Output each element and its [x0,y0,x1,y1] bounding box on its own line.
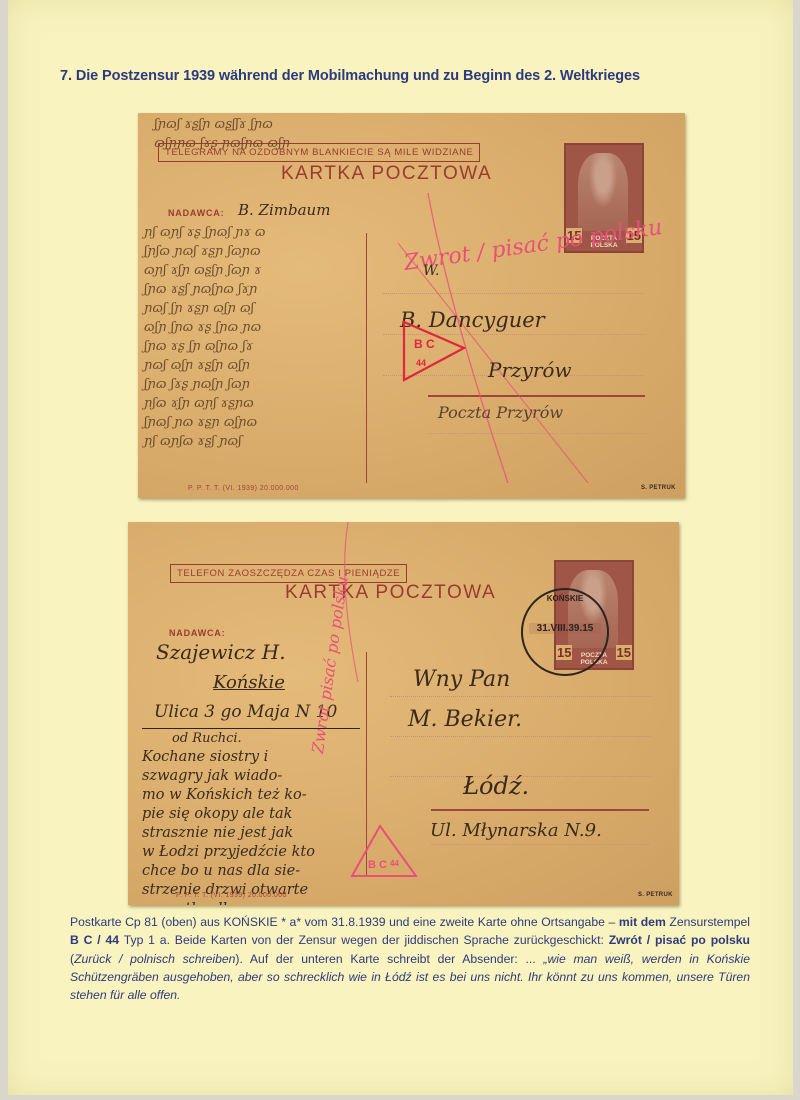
postmark-town: KOŃSKIE [523,594,607,603]
printer-mark: S. PETRUK [638,892,673,898]
caption: Postkarte Cp 81 (oben) aus KOŃSKIE * a* … [70,913,750,1004]
page-title: 7. Die Postzensur 1939 während der Mobil… [60,68,640,84]
censor-stamp-designation: B C / 44 [70,933,119,947]
recipient-line-3: Łódź. [463,772,529,800]
address-line [390,696,652,697]
yiddish-message: ɲʃ ɷɲʃ ɤʂ ʃɲɷʃ ɲɤ ɷ ʃɲʃɷ ɲɷʃ ɤʂɲ ʃɷɲɷ ɷɲ… [144,223,364,451]
album-page: 7. Die Postzensur 1939 während der Mobil… [8,0,793,1095]
letter-line: strasznie nie jest jak [142,824,372,843]
recipient-line-1: Wny Pan [413,667,510,692]
postcard-top: ʃɲɷʃ ɤʂʃɲ ɷʂʃʃɤ ʃɲɷ ɷʃɲɲɷ ʃɤʂ ɲɷʃɲɷ ɷʃɲ … [138,113,685,498]
letter-line: Kochane siostry i [142,748,372,767]
print-run: P. P. T. T. (VI. 1939) 20.000.000 [176,892,287,899]
svg-text:44: 44 [390,859,399,868]
letter-line: szwagry jak wiado- [142,767,372,786]
caption-bold: mit dem [619,915,666,929]
recipient-line-2: M. Bekier. [408,707,522,732]
letter-line: od Ruchci. [172,730,402,748]
caption-text: ). Auf der unteren Karte schreibt der Ab… [235,952,543,966]
letter-body: od Ruchci. Kochane siostry i szwagry jak… [142,730,372,905]
censor-strike-line [278,522,398,682]
slogan-box: TELEGRAMY NA OZDOBNYM BLANKIECIE SĄ MILE… [158,143,480,162]
recipient-line-4: Ul. Młynarska N.9. [430,820,602,841]
caption-text: Zensurstempel [669,915,750,929]
address-line [390,736,652,737]
address-underline [431,809,649,811]
recipient-line-1: W. [423,263,439,279]
censor-triangle-stamp: B C 44 [400,316,470,386]
recipient-line-3: Przyrów [488,358,572,382]
letter-line: pie się okopy ale tak [142,805,372,824]
sender-label: NADAWCA: [168,208,224,218]
censor-note-text: Zwrót / pisać po polsku [609,933,750,947]
postmark-date: 31.VIII.39.15 [529,623,601,634]
recipient-line-4: Poczta Przyrów [438,403,563,422]
caption-text: Typ 1 a. Beide Karten von der Zensur weg… [119,933,609,947]
letter-line: wszystko dla was [142,900,372,905]
censor-triangle-stamp: B C 44 [350,824,420,880]
sender-handwriting: B. Zimbaum [238,201,330,219]
printer-mark: S. PETRUK [641,485,676,491]
sender-line-1: Szajewicz H. [156,640,286,664]
stamp-value-right: 15 [616,645,632,660]
svg-text:44: 44 [416,358,426,368]
postcard-bottom: TELEFON ZAOSZCZĘDZA CZAS I PIENIĄDZE KAR… [128,522,679,905]
address-divider [366,233,367,483]
caption-text: Postkarte Cp 81 (oben) aus KOŃSKIE * a* … [70,915,619,929]
sender-label: NADAWCA: [169,628,225,638]
letter-line: chce bo u nas dla sie- [142,862,372,881]
sender-line-2: Końskie [213,672,285,693]
postmark: KOŃSKIE 31.VIII.39.15 [521,588,609,676]
sender-line-3: Ulica 3 go Maja N 10 [154,702,337,722]
card-title: KARTKA POCZTOWA [281,163,492,185]
svg-text:B C: B C [414,337,435,351]
censor-note-translation: Zurück / polnisch schreiben [74,952,235,966]
svg-text:B C: B C [368,859,387,871]
letter-line: w Łodzi przyjedźcie kto [142,843,372,862]
address-line [431,844,649,845]
letter-line: mo w Końskich też ko- [142,786,372,805]
print-run: P. P. T. T. (VI. 1939) 20.000.000 [188,485,299,492]
